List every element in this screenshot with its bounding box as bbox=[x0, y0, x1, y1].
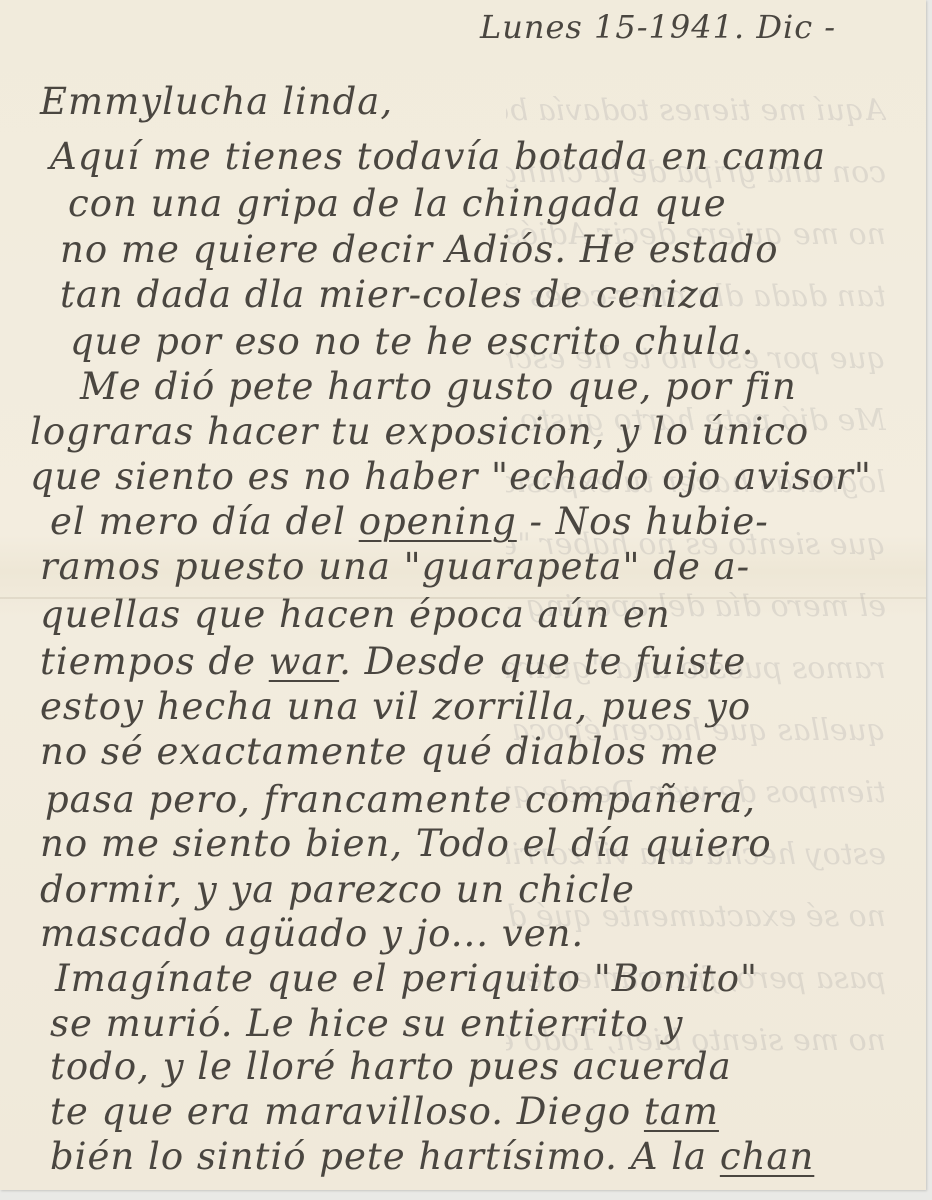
letter-line: que siento es no haber "echado ojo aviso… bbox=[30, 455, 872, 498]
letter-line: dormir, y ya parezco un chicle bbox=[40, 868, 635, 911]
letter-line: lograras hacer tu exposicion, y lo único bbox=[30, 410, 809, 453]
letter-line: no me quiere decir Adiós. He estado bbox=[60, 228, 779, 271]
underlined-word: war bbox=[269, 640, 339, 683]
letter-line: el mero día del opening - Nos hubie- bbox=[50, 500, 769, 543]
letter-line: Aquí me tienes todavía botada en cama bbox=[50, 135, 826, 178]
letter-line: tiempos de war. Desde que te fuiste bbox=[40, 640, 746, 683]
letter-line: te que era maravilloso. Diego tam bbox=[50, 1090, 719, 1133]
letter-line: que por eso no te he escrito chula. bbox=[70, 320, 754, 363]
letter-line: bién lo sintió pete hartísimo. A la chan bbox=[50, 1135, 814, 1178]
letter-line: Me dió pete harto gusto que, por fin bbox=[80, 365, 797, 408]
underlined-word: tam bbox=[644, 1090, 719, 1133]
letter-line: no sé exactamente qué diablos me bbox=[40, 730, 719, 773]
salutation: Emmylucha linda, bbox=[40, 80, 393, 123]
letter-page: Aquí me tienes todavía botada en camacon… bbox=[0, 0, 926, 1190]
letter-line: no me siento bien, Todo el día quiero bbox=[40, 822, 772, 865]
letter-line: se murió. Le hice su entierrito y bbox=[50, 1002, 683, 1045]
letter-line: todo, y le lloré harto pues acuerda bbox=[50, 1045, 732, 1088]
date-line: Lunes 15-1941. Dic - bbox=[480, 8, 836, 46]
letter-line: mascado agüado y jo... ven. bbox=[40, 912, 584, 955]
letter-line: ramos puesto una "guarapeta" de a- bbox=[40, 545, 750, 588]
letter-line: con una gripa de la chingada que bbox=[68, 182, 727, 225]
letter-line: pasa pero, francamente compañera, bbox=[45, 778, 756, 821]
letter-line: estoy hecha una vil zorrilla, pues yo bbox=[40, 685, 751, 728]
underlined-word: chan bbox=[720, 1135, 814, 1178]
letter-line: Imagínate que el periquito "Bonito" bbox=[55, 957, 758, 1000]
underlined-word: opening bbox=[359, 500, 517, 543]
letter-line: tan dada dla mier-coles de ceniza bbox=[60, 273, 722, 316]
letter-line: quellas que hacen época aún en bbox=[40, 593, 671, 636]
